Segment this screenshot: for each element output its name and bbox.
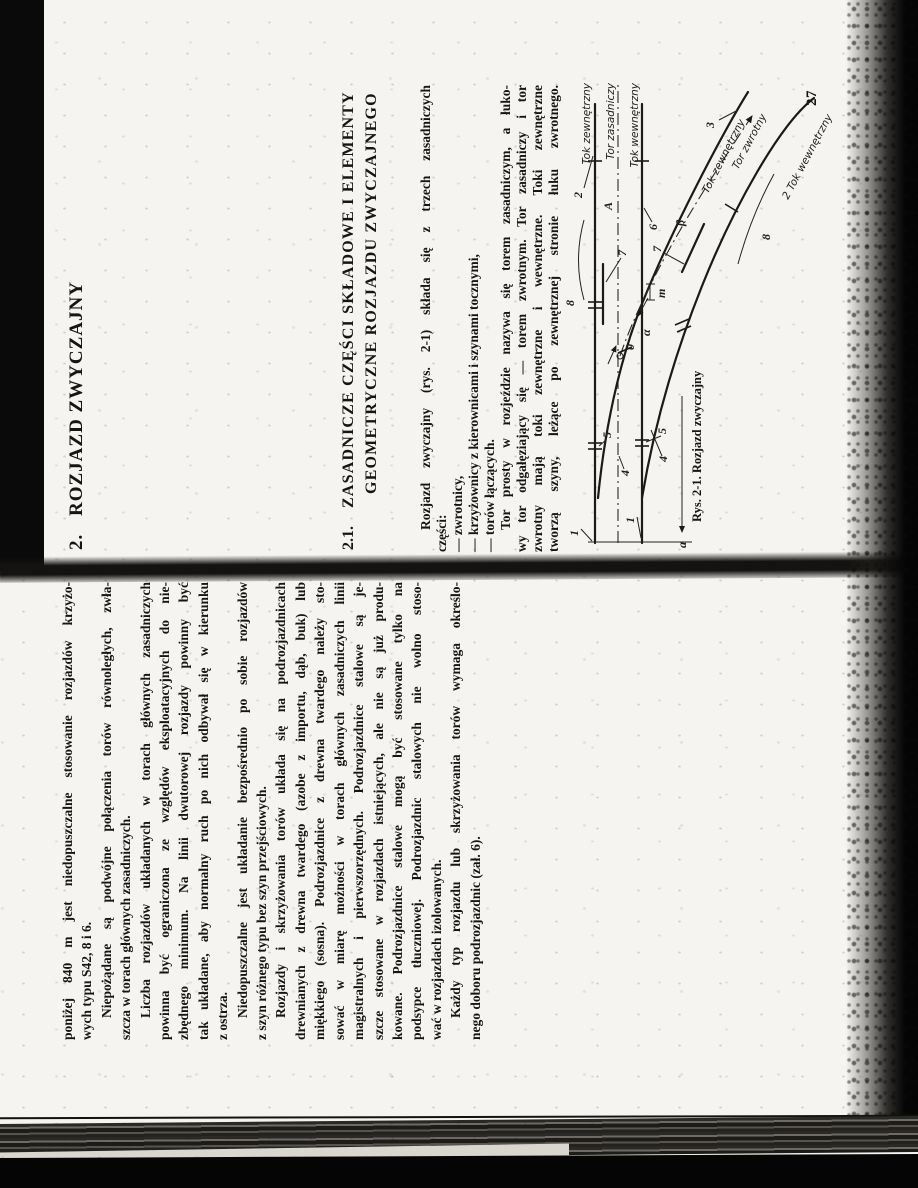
section-heading-line: ZASADNICZE CZĘŚCI SKŁADOWE I ELEMENTY: [340, 91, 358, 508]
figure-part-label: 5: [600, 432, 614, 438]
text-line: z szyn różnego typu bez szyn przejściowy…: [252, 582, 271, 1040]
figure-part-label: β: [673, 219, 687, 227]
text-line: magistralnych i pierwszorzędnych. Podroz…: [349, 582, 368, 1040]
body-text-left: poniżej 840 m jest niedopuszczalne stoso…: [58, 582, 485, 1040]
figure-part-label: m: [654, 289, 668, 298]
chapter-title-text: ROZJAZD ZWYCZAJNY: [66, 281, 87, 516]
text-line: szcze stosowane w rozjazdach istniejącyc…: [369, 582, 388, 1040]
text-line: z ostrza.: [213, 582, 232, 1040]
chapter-number: 2.: [66, 516, 88, 550]
text-line: — krzyżownicy z kierownicami i szynami t…: [466, 85, 482, 552]
figure-label-leader: [637, 517, 641, 538]
text-line: Liczba rozjazdów układanych w torach głó…: [136, 582, 155, 1040]
book-spine-shadow: [0, 0, 44, 566]
text-line: części:: [434, 85, 450, 552]
text-line: Tor prosty w rozjeździe nazywa się torem…: [498, 85, 514, 552]
body-text-right: Rozjazd zwyczajny (rys. 2-1) składa się …: [418, 85, 562, 552]
figure-part-label: α: [639, 329, 653, 336]
text-line: Niedopuszczalne jest układanie bezpośred…: [233, 582, 252, 1040]
figure-label-leader: [644, 208, 652, 222]
figure-part-label: 3: [703, 122, 717, 129]
figure-label-leader: [664, 253, 684, 264]
text-line: zbędnego minimum. Na linii dwutorowej ro…: [174, 582, 193, 1040]
figure-label-leader: [581, 529, 592, 541]
text-line: drewnianych z drewna twardego (azobe z i…: [291, 582, 310, 1040]
page-right: 2.ROZJAZD ZWYCZAJNY 2.1. ZASADNICZE CZĘŚ…: [44, 0, 872, 558]
text-line: tak układane, aby normalny ruch po nich …: [194, 582, 213, 1040]
figure-label-leader: [619, 456, 624, 469]
figure-part-label: 4: [656, 456, 670, 463]
brace-straight-section: [579, 220, 585, 300]
text-line: Każdy typ rozjazdu lub skrzyżowania toró…: [446, 582, 465, 1040]
text-line: — zwrotnicy,: [450, 85, 466, 552]
figure-part-label: 1: [623, 517, 637, 523]
text-line: Rozjazd zwyczajny (rys. 2-1) składa się …: [418, 85, 434, 552]
text-line: Niepożądane są podwójne połączenia torów…: [97, 582, 116, 1040]
section-heading: 2.1. ZASADNICZE CZĘŚCI SKŁADOWE I ELEMEN…: [340, 91, 381, 550]
figure-diagram: Tok zewnętrznyTor zasadniczyTok wewnętrz…: [562, 64, 864, 556]
section-heading-line: GEOMETRYCZNE ROZJAZDU ZWYCZAJNEGO: [363, 91, 381, 494]
figure-label-leader: [606, 258, 621, 282]
scan-right-edge: [846, 0, 918, 1120]
figure-part-label: 7: [615, 249, 629, 256]
figure: Tok zewnętrznyTor zasadniczyTok wewnętrz…: [562, 64, 864, 556]
text-line: podsypce tłuczniowej. Podrozjazdnic stal…: [407, 582, 426, 1040]
text-line: wać w rozjazdach izolowanych.: [427, 582, 446, 1040]
text-line: poniżej 840 m jest niedopuszczalne stoso…: [58, 582, 77, 1040]
page-left: poniżej 840 m jest niedopuszczalne stoso…: [0, 578, 870, 1095]
figure-part-label: 8: [759, 234, 773, 240]
text-line: nego doboru podrozjazdnic (zał. 6).: [466, 582, 485, 1040]
figure-part-label: 6: [646, 224, 660, 230]
page-number: 27: [804, 90, 821, 106]
section-number: 2.1.: [340, 508, 381, 550]
text-line: powinna być ograniczona ze względów eksp…: [155, 582, 174, 1040]
chapter-title: 2.ROZJAZD ZWYCZAJNY: [66, 281, 88, 550]
book-scan: 2.ROZJAZD ZWYCZAJNY 2.1. ZASADNICZE CZĘŚ…: [0, 0, 918, 1188]
text-line: wych typu S42, 8 i 6.: [77, 582, 96, 1040]
figure-part-label: 7: [650, 245, 664, 252]
figure-part-label: A: [601, 202, 615, 211]
text-line: Rozjazdy i skrzyżowania torów układa się…: [271, 582, 290, 1040]
text-line: sować w miarę możności w torach głównych…: [330, 582, 349, 1040]
text-line: tworzą szyny, leżące po zewnętrznej stro…: [546, 85, 562, 552]
text-line: zwrotny mają toki zewnętrzne i wewnętrzn…: [530, 85, 546, 552]
figure-track-label: Tor zasadniczy: [605, 82, 617, 160]
scan-bottom-edge: [0, 1092, 918, 1188]
page-right-content: 2.ROZJAZD ZWYCZAJNY 2.1. ZASADNICZE CZĘŚ…: [44, 0, 874, 558]
text-line: kowane. Podrozjazdnice stalowe mogą być …: [388, 582, 407, 1040]
figure-part-label: 5: [655, 428, 669, 434]
figure-track-label: Tok wewnętrzny: [629, 82, 641, 167]
figure-part-label: 8: [563, 300, 577, 306]
brace-diverging-section: [738, 174, 774, 264]
figure-part-label: a: [675, 542, 689, 548]
text-line: wy tor odgałęziający się — torem zwrotny…: [514, 85, 530, 552]
figure-part-label: 2: [571, 192, 585, 199]
figure-part-label: 1: [567, 530, 581, 536]
guard-rail-diverging: [682, 224, 704, 272]
text-line: szcza w torach głównych zasadniczych.: [116, 582, 135, 1040]
figure-track-label: Tok zewnętrzny: [581, 82, 593, 164]
text-line: miękkiego (sosna). Podrozjazdnice z drew…: [310, 582, 329, 1040]
figure-caption: Rys. 2-1. Rozjazd zwyczajny: [690, 371, 705, 522]
text-line: — torów łączących.: [482, 85, 498, 552]
figure-part-label: 4: [618, 470, 632, 477]
page-left-content: poniżej 840 m jest niedopuszczalne stoso…: [0, 578, 870, 1095]
figure-part-label: 0: [623, 344, 637, 350]
